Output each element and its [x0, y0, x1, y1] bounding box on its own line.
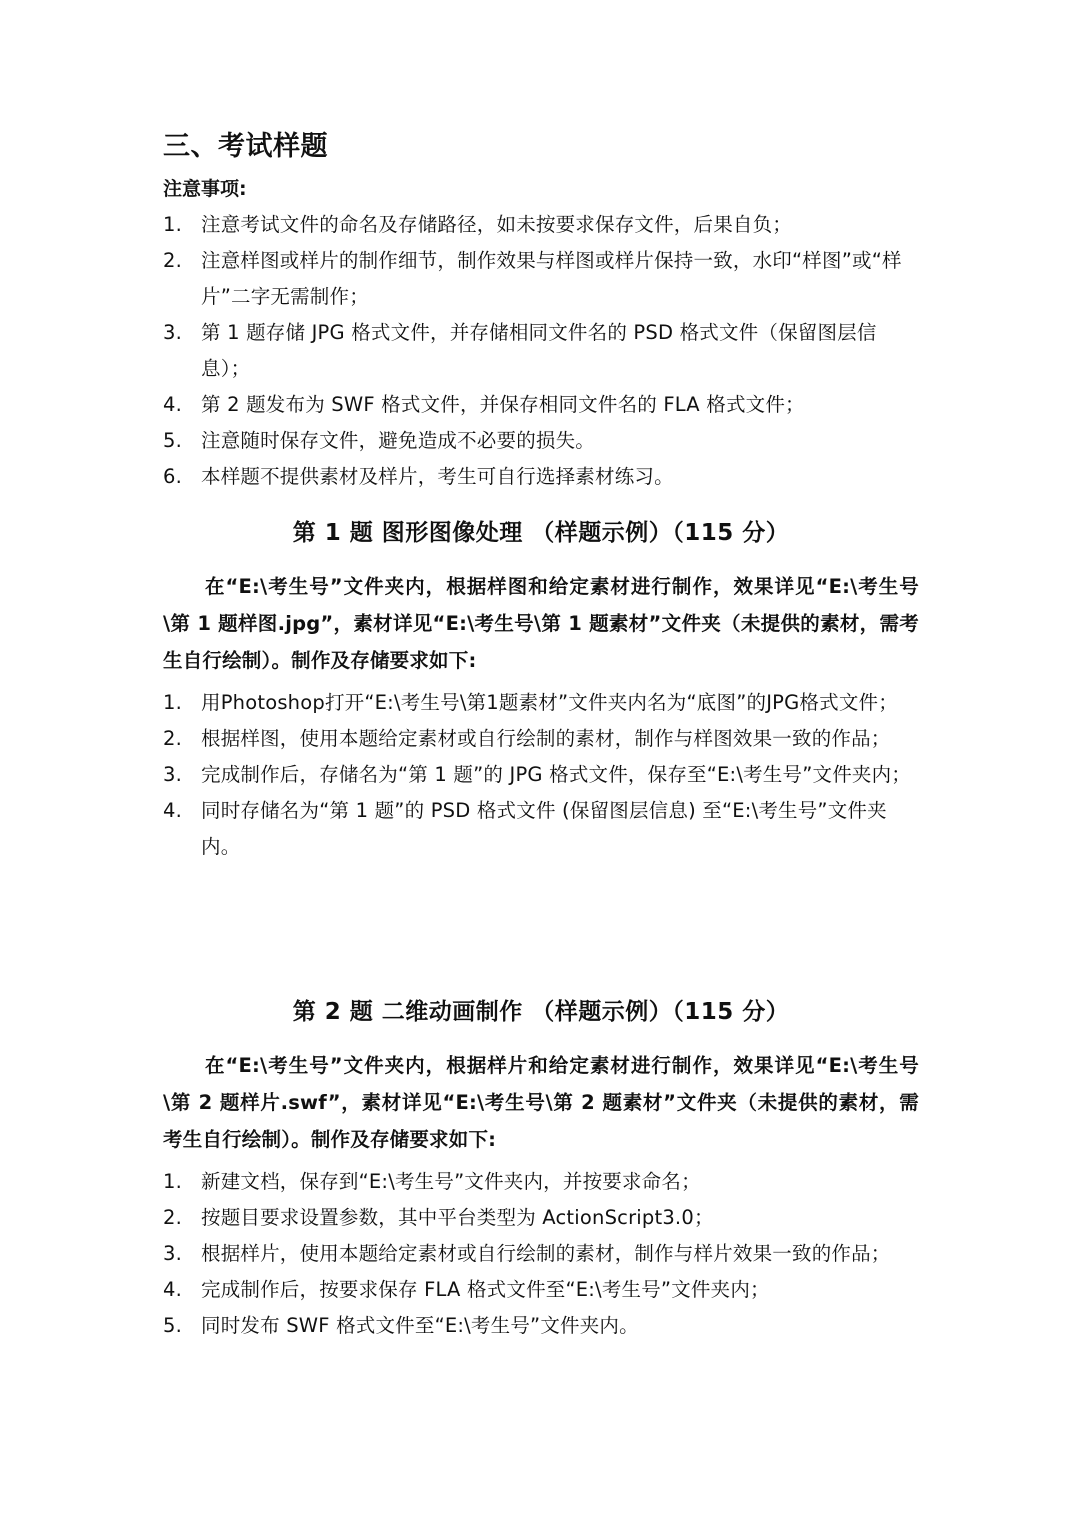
item-text: 同时存储名为“第 1 题”的 PSD 格式文件 (保留图层信息) 至“E:\考生… [201, 799, 887, 858]
notice-item: 3.第 1 题存储 JPG 格式文件，并存储相同文件名的 PSD 格式文件（保留… [163, 315, 919, 387]
item-text: 根据样图，使用本题给定素材或自行绘制的素材，制作与样图效果一致的作品； [201, 727, 891, 750]
item-number: 1. [163, 685, 182, 721]
question2-requirements: 1.新建文档，保存到“E:\考生号”文件夹内，并按要求命名； 2.按题目要求设置… [163, 1164, 919, 1344]
question1-heading: 第 1 题 图形图像处理 （样题示例）（115 分） [163, 514, 919, 547]
item-number: 1. [163, 1164, 182, 1200]
item-text: 第 1 题存储 JPG 格式文件，并存储相同文件名的 PSD 格式文件（保留图层… [201, 321, 877, 380]
question1-requirements: 1.用Photoshop打开“E:\考生号\第1题素材”文件夹内名为“底图”的J… [163, 685, 919, 865]
item-number: 1. [163, 207, 182, 243]
item-text: 根据样片，使用本题给定素材或自行绘制的素材，制作与样片效果一致的作品； [201, 1242, 891, 1265]
item-number: 4. [163, 387, 182, 423]
item-text: 用Photoshop打开“E:\考生号\第1题素材”文件夹内名为“底图”的JPG… [201, 691, 898, 714]
item-number: 3. [163, 1236, 182, 1272]
requirement-item: 2.按题目要求设置参数，其中平台类型为 ActionScript3.0； [163, 1200, 919, 1236]
question1-intro: 在“E:\考生号”文件夹内，根据样图和给定素材进行制作，效果详见“E:\考生号\… [163, 568, 919, 679]
item-text: 第 2 题发布为 SWF 格式文件，并保存相同文件名的 FLA 格式文件； [201, 393, 805, 416]
section-title: 三、考试样题 [163, 124, 328, 163]
question2-intro: 在“E:\考生号”文件夹内，根据样片和给定素材进行制作，效果详见“E:\考生号\… [163, 1047, 919, 1158]
item-text: 注意考试文件的命名及存储路径，如未按要求保存文件，后果自负； [201, 213, 792, 236]
question2-heading: 第 2 题 二维动画制作 （样题示例）（115 分） [163, 993, 919, 1026]
item-number: 2. [163, 243, 182, 279]
requirement-item: 5.同时发布 SWF 格式文件至“E:\考生号”文件夹内。 [163, 1308, 919, 1344]
notice-item: 1.注意考试文件的命名及存储路径，如未按要求保存文件，后果自负； [163, 207, 919, 243]
item-number: 6. [163, 459, 182, 495]
item-text: 本样题不提供素材及样片，考生可自行选择素材练习。 [201, 465, 674, 488]
item-text: 新建文档，保存到“E:\考生号”文件夹内，并按要求命名； [201, 1170, 701, 1193]
notice-label: 注意事项: [163, 174, 247, 201]
requirement-item: 4.同时存储名为“第 1 题”的 PSD 格式文件 (保留图层信息) 至“E:\… [163, 793, 919, 865]
item-number: 3. [163, 757, 182, 793]
notice-list: 1.注意考试文件的命名及存储路径，如未按要求保存文件，后果自负； 2.注意样图或… [163, 207, 919, 495]
item-number: 5. [163, 423, 182, 459]
requirement-item: 2.根据样图，使用本题给定素材或自行绘制的素材，制作与样图效果一致的作品； [163, 721, 919, 757]
item-number: 5. [163, 1308, 182, 1344]
requirement-item: 3.完成制作后，存储名为“第 1 题”的 JPG 格式文件，保存至“E:\考生号… [163, 757, 919, 793]
item-number: 2. [163, 1200, 182, 1236]
item-number: 2. [163, 721, 182, 757]
item-number: 4. [163, 1272, 182, 1308]
requirement-item: 3.根据样片，使用本题给定素材或自行绘制的素材，制作与样片效果一致的作品； [163, 1236, 919, 1272]
item-number: 3. [163, 315, 182, 351]
notice-item: 4.第 2 题发布为 SWF 格式文件，并保存相同文件名的 FLA 格式文件； [163, 387, 919, 423]
notice-item: 6.本样题不提供素材及样片，考生可自行选择素材练习。 [163, 459, 919, 495]
item-text: 注意随时保存文件，避免造成不必要的损失。 [201, 429, 595, 452]
requirement-item: 4.完成制作后，按要求保存 FLA 格式文件至“E:\考生号”文件夹内； [163, 1272, 919, 1308]
item-number: 4. [163, 793, 182, 829]
item-text: 同时发布 SWF 格式文件至“E:\考生号”文件夹内。 [201, 1314, 639, 1337]
item-text: 按题目要求设置参数，其中平台类型为 ActionScript3.0； [201, 1206, 714, 1229]
requirement-item: 1.新建文档，保存到“E:\考生号”文件夹内，并按要求命名； [163, 1164, 919, 1200]
notice-item: 2.注意样图或样片的制作细节，制作效果与样图或样片保持一致，水印“样图”或“样片… [163, 243, 919, 315]
notice-item: 5.注意随时保存文件，避免造成不必要的损失。 [163, 423, 919, 459]
item-text: 完成制作后，按要求保存 FLA 格式文件至“E:\考生号”文件夹内； [201, 1278, 770, 1301]
item-text: 完成制作后，存储名为“第 1 题”的 JPG 格式文件，保存至“E:\考生号”文… [201, 763, 911, 786]
item-text: 注意样图或样片的制作细节，制作效果与样图或样片保持一致，水印“样图”或“样片”二… [201, 249, 902, 308]
requirement-item: 1.用Photoshop打开“E:\考生号\第1题素材”文件夹内名为“底图”的J… [163, 685, 919, 721]
